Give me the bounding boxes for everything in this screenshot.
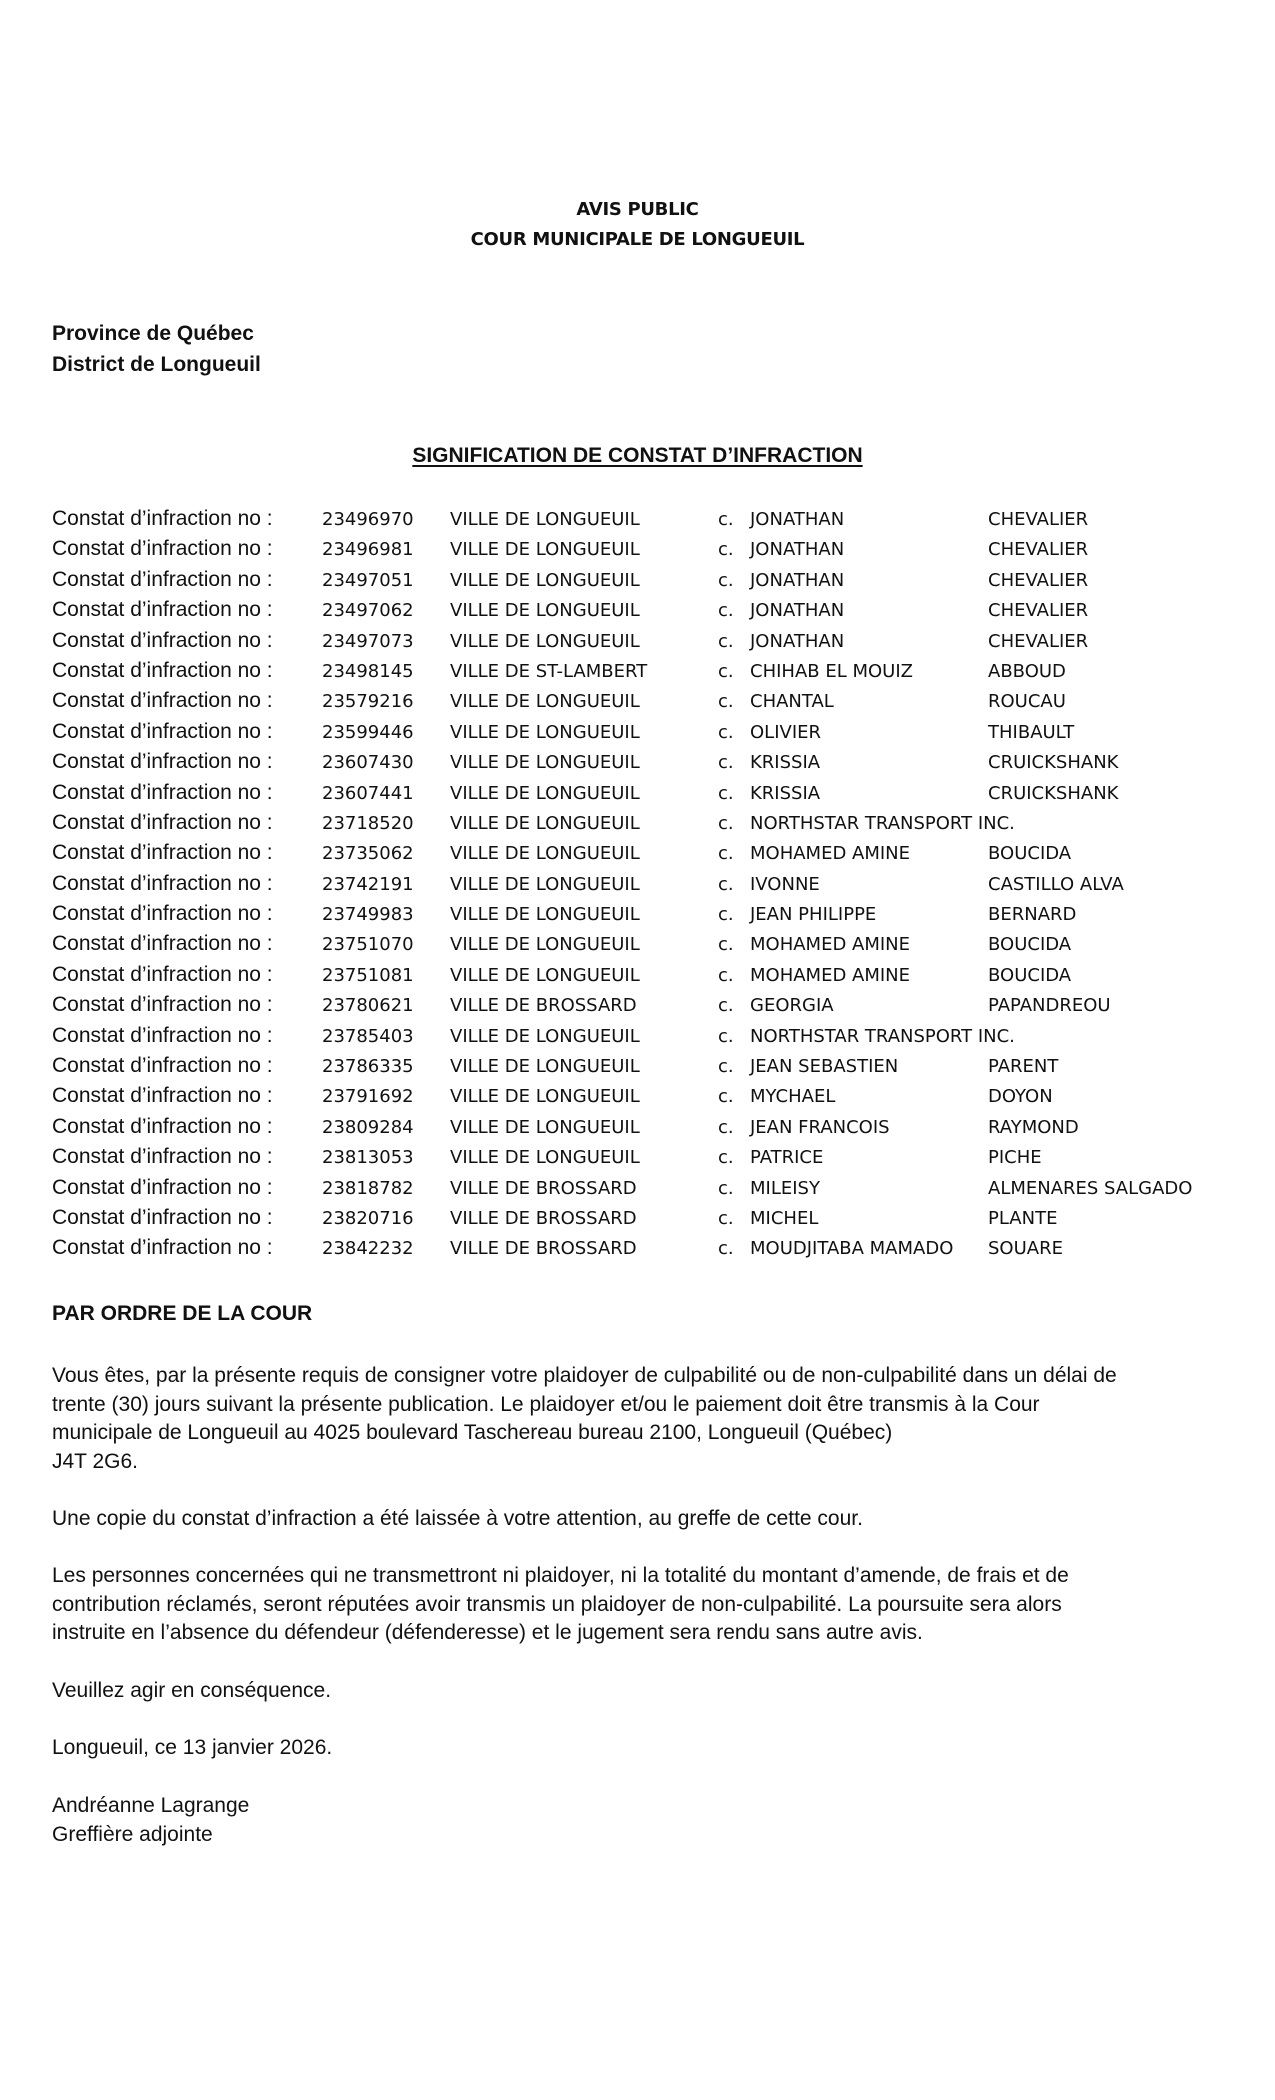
- versus-marker: c.: [718, 1178, 734, 1199]
- infraction-row: Constat d’infraction no : 23780621 VILLE…: [0, 993, 1275, 1023]
- infraction-row: Constat d’infraction no : 23749983 VILLE…: [0, 902, 1275, 932]
- infraction-number: 23791692: [322, 1086, 414, 1107]
- defendant-last-name: PAPANDREOU: [988, 995, 1111, 1016]
- signatory-name: Andréanne Lagrange: [52, 1791, 249, 1820]
- versus-marker: c.: [718, 1238, 734, 1259]
- defendant-last-name: PICHE: [988, 1147, 1042, 1168]
- defendant-first-name: MYCHAEL: [750, 1086, 835, 1107]
- versus-marker: c.: [718, 934, 734, 955]
- row-label: Constat d’infraction no :: [52, 841, 273, 865]
- plea-line-3: municipale de Longueuil au 4025 boulevar…: [52, 1421, 892, 1444]
- row-label: Constat d’infraction no :: [52, 932, 273, 956]
- prosecutor-city: VILLE DE LONGUEUIL: [450, 1086, 640, 1107]
- prosecutor-city: VILLE DE LONGUEUIL: [450, 874, 640, 895]
- province-label: Province de Québec: [52, 322, 254, 346]
- versus-marker: c.: [718, 509, 734, 530]
- defendant-first-name: JONATHAN: [750, 509, 844, 530]
- default-paragraph: Les personnes concernées qui ne transmet…: [52, 1562, 1242, 1648]
- infraction-number: 23813053: [322, 1147, 414, 1168]
- infraction-number: 23751081: [322, 965, 414, 986]
- row-label: Constat d’infraction no :: [52, 781, 273, 805]
- defendant-last-name: PARENT: [988, 1056, 1058, 1077]
- row-label: Constat d’infraction no :: [52, 689, 273, 713]
- infraction-number: 23742191: [322, 874, 414, 895]
- prosecutor-city: VILLE DE LONGUEUIL: [450, 1026, 640, 1047]
- defendant-last-name: THIBAULT: [988, 722, 1074, 743]
- infraction-row: Constat d’infraction no : 23497051 VILLE…: [0, 568, 1275, 598]
- defendant-last-name: ALMENARES SALGADO: [988, 1178, 1192, 1199]
- plea-paragraph: Vous êtes, par la présente requis de con…: [52, 1362, 1242, 1477]
- infraction-row: Constat d’infraction no : 23786335 VILLE…: [0, 1054, 1275, 1084]
- infraction-number: 23749983: [322, 904, 414, 925]
- prosecutor-city: VILLE DE BROSSARD: [450, 1178, 637, 1199]
- prosecutor-city: VILLE DE LONGUEUIL: [450, 934, 640, 955]
- prosecutor-city: VILLE DE BROSSARD: [450, 1238, 637, 1259]
- infraction-row: Constat d’infraction no : 23842232 VILLE…: [0, 1236, 1275, 1266]
- row-label: Constat d’infraction no :: [52, 1236, 273, 1260]
- row-label: Constat d’infraction no :: [52, 507, 273, 531]
- default-line-3: instruite en l’absence du défendeur (déf…: [52, 1621, 923, 1644]
- infraction-row: Constat d’infraction no : 23607430 VILLE…: [0, 750, 1275, 780]
- document-title: SIGNIFICATION DE CONSTAT D’INFRACTION: [0, 444, 1275, 468]
- infraction-row: Constat d’infraction no : 23735062 VILLE…: [0, 841, 1275, 871]
- infraction-row: Constat d’infraction no : 23607441 VILLE…: [0, 781, 1275, 811]
- infraction-number: 23497073: [322, 631, 414, 652]
- document-title-text: SIGNIFICATION DE CONSTAT D’INFRACTION: [412, 444, 862, 467]
- row-label: Constat d’infraction no :: [52, 1115, 273, 1139]
- infraction-row: Constat d’infraction no : 23497073 VILLE…: [0, 629, 1275, 659]
- infraction-number: 23786335: [322, 1056, 414, 1077]
- defendant-last-name: BOUCIDA: [988, 934, 1071, 955]
- defendant-first-name: KRISSIA: [750, 783, 820, 804]
- infraction-row: Constat d’infraction no : 23496981 VILLE…: [0, 537, 1275, 567]
- infraction-row: Constat d’infraction no : 23599446 VILLE…: [0, 720, 1275, 750]
- infraction-row: Constat d’infraction no : 23820716 VILLE…: [0, 1206, 1275, 1236]
- defendant-first-name: NORTHSTAR TRANSPORT INC.: [750, 1026, 1015, 1047]
- versus-marker: c.: [718, 904, 734, 925]
- signatory-title: Greffière adjointe: [52, 1820, 213, 1849]
- defendant-first-name: PATRICE: [750, 1147, 823, 1168]
- defendant-first-name: MICHEL: [750, 1208, 818, 1229]
- row-label: Constat d’infraction no :: [52, 598, 273, 622]
- prosecutor-city: VILLE DE BROSSARD: [450, 1208, 637, 1229]
- defendant-last-name: CHEVALIER: [988, 600, 1088, 621]
- infraction-number: 23498145: [322, 661, 414, 682]
- infraction-number: 23607441: [322, 783, 414, 804]
- defendant-first-name: CHANTAL: [750, 691, 834, 712]
- defendant-last-name: CHEVALIER: [988, 509, 1088, 530]
- row-label: Constat d’infraction no :: [52, 872, 273, 896]
- defendant-last-name: ABBOUD: [988, 661, 1066, 682]
- infraction-row: Constat d’infraction no : 23579216 VILLE…: [0, 689, 1275, 719]
- plea-line-1: Vous êtes, par la présente requis de con…: [52, 1364, 1117, 1387]
- defendant-first-name: CHIHAB EL MOUIZ: [750, 661, 913, 682]
- infraction-row: Constat d’infraction no : 23813053 VILLE…: [0, 1145, 1275, 1175]
- versus-marker: c.: [718, 1026, 734, 1047]
- infraction-number: 23842232: [322, 1238, 414, 1259]
- defendant-first-name: JEAN SEBASTIEN: [750, 1056, 898, 1077]
- infraction-list: Constat d’infraction no : 23496970 VILLE…: [0, 507, 1275, 1267]
- prosecutor-city: VILLE DE LONGUEUIL: [450, 722, 640, 743]
- prosecutor-city: VILLE DE LONGUEUIL: [450, 752, 640, 773]
- versus-marker: c.: [718, 722, 734, 743]
- defendant-first-name: JONATHAN: [750, 600, 844, 621]
- row-label: Constat d’infraction no :: [52, 1084, 273, 1108]
- default-line-2: contribution réclamés, seront réputées a…: [52, 1593, 1062, 1616]
- versus-marker: c.: [718, 1208, 734, 1229]
- defendant-first-name: JONATHAN: [750, 539, 844, 560]
- row-label: Constat d’infraction no :: [52, 1176, 273, 1200]
- defendant-last-name: BOUCIDA: [988, 843, 1071, 864]
- defendant-last-name: RAYMOND: [988, 1117, 1079, 1138]
- defendant-last-name: CHEVALIER: [988, 631, 1088, 652]
- versus-marker: c.: [718, 631, 734, 652]
- notice-heading: AVIS PUBLIC: [0, 199, 1275, 220]
- infraction-row: Constat d’infraction no : 23497062 VILLE…: [0, 598, 1275, 628]
- defendant-first-name: JEAN FRANCOIS: [750, 1117, 890, 1138]
- versus-marker: c.: [718, 600, 734, 621]
- defendant-last-name: PLANTE: [988, 1208, 1057, 1229]
- defendant-first-name: JONATHAN: [750, 631, 844, 652]
- versus-marker: c.: [718, 843, 734, 864]
- infraction-number: 23718520: [322, 813, 414, 834]
- row-label: Constat d’infraction no :: [52, 811, 273, 835]
- row-label: Constat d’infraction no :: [52, 537, 273, 561]
- defendant-last-name: CHEVALIER: [988, 570, 1088, 591]
- infraction-number: 23579216: [322, 691, 414, 712]
- defendant-last-name: SOUARE: [988, 1238, 1063, 1259]
- versus-marker: c.: [718, 752, 734, 773]
- versus-marker: c.: [718, 661, 734, 682]
- defendant-last-name: BERNARD: [988, 904, 1076, 925]
- prosecutor-city: VILLE DE LONGUEUIL: [450, 691, 640, 712]
- versus-marker: c.: [718, 874, 734, 895]
- defendant-last-name: ROUCAU: [988, 691, 1066, 712]
- infraction-number: 23785403: [322, 1026, 414, 1047]
- infraction-number: 23780621: [322, 995, 414, 1016]
- row-label: Constat d’infraction no :: [52, 629, 273, 653]
- prosecutor-city: VILLE DE LONGUEUIL: [450, 843, 640, 864]
- prosecutor-city: VILLE DE ST-LAMBERT: [450, 661, 647, 682]
- infraction-row: Constat d’infraction no : 23718520 VILLE…: [0, 811, 1275, 841]
- prosecutor-city: VILLE DE LONGUEUIL: [450, 1147, 640, 1168]
- row-label: Constat d’infraction no :: [52, 1145, 273, 1169]
- row-label: Constat d’infraction no :: [52, 993, 273, 1017]
- row-label: Constat d’infraction no :: [52, 1054, 273, 1078]
- copy-paragraph: Une copie du constat d’infraction a été …: [52, 1505, 1242, 1534]
- row-label: Constat d’infraction no :: [52, 963, 273, 987]
- versus-marker: c.: [718, 691, 734, 712]
- infraction-number: 23496970: [322, 509, 414, 530]
- versus-marker: c.: [718, 1117, 734, 1138]
- infraction-number: 23497051: [322, 570, 414, 591]
- versus-marker: c.: [718, 995, 734, 1016]
- plea-line-4: J4T 2G6.: [52, 1450, 138, 1473]
- prosecutor-city: VILLE DE LONGUEUIL: [450, 509, 640, 530]
- row-label: Constat d’infraction no :: [52, 1024, 273, 1048]
- defendant-first-name: NORTHSTAR TRANSPORT INC.: [750, 813, 1015, 834]
- infraction-row: Constat d’infraction no : 23496970 VILLE…: [0, 507, 1275, 537]
- date-line: Longueuil, ce 13 janvier 2026.: [52, 1734, 1242, 1763]
- infraction-number: 23735062: [322, 843, 414, 864]
- versus-marker: c.: [718, 570, 734, 591]
- defendant-first-name: MILEISY: [750, 1178, 820, 1199]
- defendant-first-name: IVONNE: [750, 874, 820, 895]
- infraction-number: 23607430: [322, 752, 414, 773]
- infraction-row: Constat d’infraction no : 23498145 VILLE…: [0, 659, 1275, 689]
- defendant-first-name: MOHAMED AMINE: [750, 843, 910, 864]
- court-name-heading: COUR MUNICIPALE DE LONGUEUIL: [0, 229, 1275, 250]
- prosecutor-city: VILLE DE BROSSARD: [450, 995, 637, 1016]
- district-label: District de Longueuil: [52, 353, 261, 377]
- plea-line-2: trente (30) jours suivant la présente pu…: [52, 1393, 1040, 1416]
- prosecutor-city: VILLE DE LONGUEUIL: [450, 904, 640, 925]
- defendant-first-name: OLIVIER: [750, 722, 821, 743]
- row-label: Constat d’infraction no :: [52, 902, 273, 926]
- prosecutor-city: VILLE DE LONGUEUIL: [450, 813, 640, 834]
- defendant-first-name: JONATHAN: [750, 570, 844, 591]
- infraction-number: 23599446: [322, 722, 414, 743]
- prosecutor-city: VILLE DE LONGUEUIL: [450, 570, 640, 591]
- infraction-number: 23751070: [322, 934, 414, 955]
- infraction-row: Constat d’infraction no : 23785403 VILLE…: [0, 1024, 1275, 1054]
- infraction-number: 23818782: [322, 1178, 414, 1199]
- prosecutor-city: VILLE DE LONGUEUIL: [450, 965, 640, 986]
- infraction-number: 23496981: [322, 539, 414, 560]
- versus-marker: c.: [718, 1147, 734, 1168]
- prosecutor-city: VILLE DE LONGUEUIL: [450, 1117, 640, 1138]
- defendant-last-name: DOYON: [988, 1086, 1053, 1107]
- versus-marker: c.: [718, 813, 734, 834]
- order-heading: PAR ORDRE DE LA COUR: [52, 1302, 312, 1326]
- defendant-last-name: CRUICKSHANK: [988, 783, 1118, 804]
- prosecutor-city: VILLE DE LONGUEUIL: [450, 783, 640, 804]
- defendant-first-name: MOUDJITABA MAMADO: [750, 1238, 953, 1259]
- infraction-row: Constat d’infraction no : 23742191 VILLE…: [0, 872, 1275, 902]
- defendant-first-name: JEAN PHILIPPE: [750, 904, 876, 925]
- defendant-last-name: BOUCIDA: [988, 965, 1071, 986]
- prosecutor-city: VILLE DE LONGUEUIL: [450, 631, 640, 652]
- infraction-number: 23820716: [322, 1208, 414, 1229]
- prosecutor-city: VILLE DE LONGUEUIL: [450, 1056, 640, 1077]
- infraction-row: Constat d’infraction no : 23809284 VILLE…: [0, 1115, 1275, 1145]
- infraction-row: Constat d’infraction no : 23818782 VILLE…: [0, 1176, 1275, 1206]
- versus-marker: c.: [718, 1056, 734, 1077]
- row-label: Constat d’infraction no :: [52, 568, 273, 592]
- row-label: Constat d’infraction no :: [52, 1206, 273, 1230]
- row-label: Constat d’infraction no :: [52, 720, 273, 744]
- prosecutor-city: VILLE DE LONGUEUIL: [450, 600, 640, 621]
- defendant-last-name: CHEVALIER: [988, 539, 1088, 560]
- default-line-1: Les personnes concernées qui ne transmet…: [52, 1564, 1069, 1587]
- infraction-row: Constat d’infraction no : 23791692 VILLE…: [0, 1084, 1275, 1114]
- versus-marker: c.: [718, 1086, 734, 1107]
- defendant-first-name: MOHAMED AMINE: [750, 934, 910, 955]
- infraction-number: 23497062: [322, 600, 414, 621]
- infraction-row: Constat d’infraction no : 23751081 VILLE…: [0, 963, 1275, 993]
- infraction-number: 23809284: [322, 1117, 414, 1138]
- defendant-first-name: GEORGIA: [750, 995, 834, 1016]
- defendant-first-name: KRISSIA: [750, 752, 820, 773]
- versus-marker: c.: [718, 965, 734, 986]
- act-accordingly-paragraph: Veuillez agir en conséquence.: [52, 1677, 1242, 1706]
- versus-marker: c.: [718, 539, 734, 560]
- versus-marker: c.: [718, 783, 734, 804]
- row-label: Constat d’infraction no :: [52, 750, 273, 774]
- defendant-first-name: MOHAMED AMINE: [750, 965, 910, 986]
- row-label: Constat d’infraction no :: [52, 659, 273, 683]
- defendant-last-name: CASTILLO ALVA: [988, 874, 1124, 895]
- defendant-last-name: CRUICKSHANK: [988, 752, 1118, 773]
- prosecutor-city: VILLE DE LONGUEUIL: [450, 539, 640, 560]
- infraction-row: Constat d’infraction no : 23751070 VILLE…: [0, 932, 1275, 962]
